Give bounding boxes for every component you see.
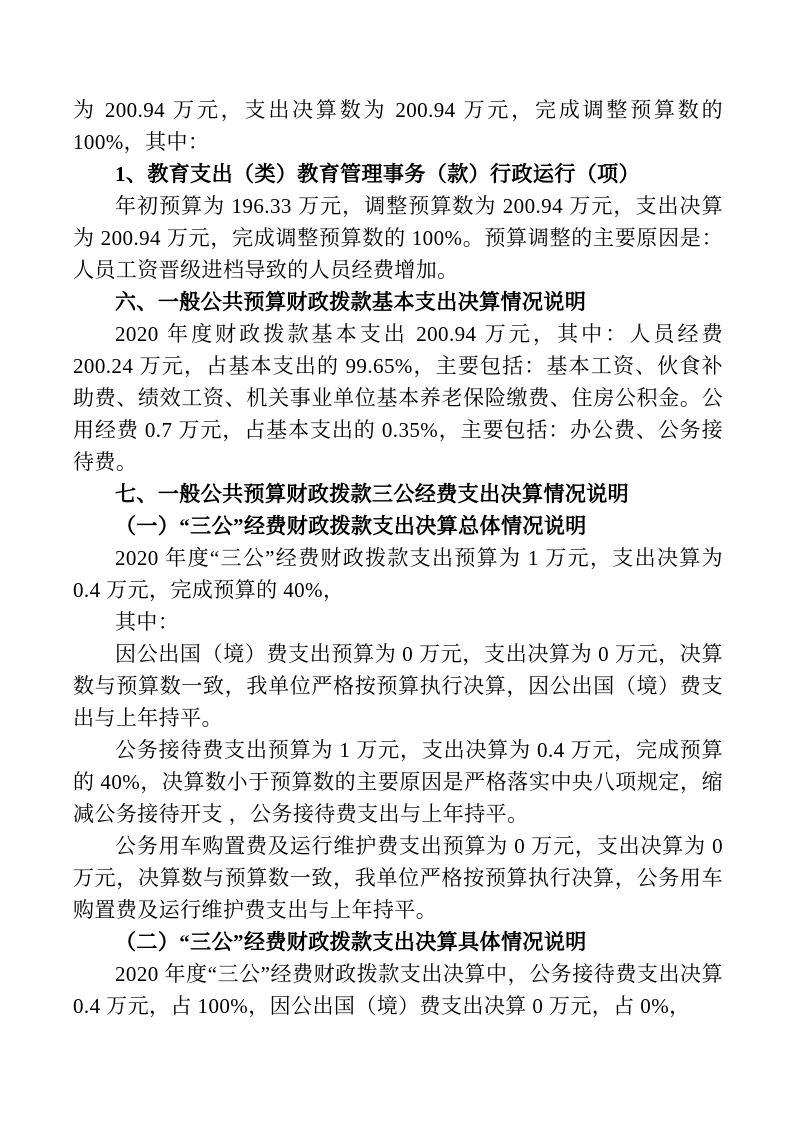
paragraph: 公务接待费支出预算为 1 万元，支出决算为 0.4 万元，完成预算的 40%，决… bbox=[73, 734, 723, 830]
section-heading: 七、一般公共预算财政拨款三公经费支出决算情况说明 bbox=[73, 478, 723, 510]
paragraph: 2020 年度“三公”经费财政拨款支出预算为 1 万元，支出决算为 0.4 万元… bbox=[73, 542, 723, 606]
paragraph: 2020 年度“三公”经费财政拨款支出决算中，公务接待费支出决算 0.4 万元，… bbox=[73, 958, 723, 1022]
paragraph: 2020 年度财政拨款基本支出 200.94 万元，其中：人员经费 200.24… bbox=[73, 318, 723, 478]
paragraph: 公务用车购置费及运行维护费支出预算为 0 万元，支出决算为 0 万元，决算数与预… bbox=[73, 830, 723, 926]
paragraph: 因公出国（境）费支出预算为 0 万元，支出决算为 0 万元，决算数与预算数一致，… bbox=[73, 638, 723, 734]
section-heading: （一）“三公”经费财政拨款支出决算总体情况说明 bbox=[73, 510, 723, 542]
section-heading: 1、教育支出（类）教育管理事务（款）行政运行（项） bbox=[73, 158, 723, 190]
section-heading: （二）“三公”经费财政拨款支出决算具体情况说明 bbox=[73, 926, 723, 958]
section-heading: 六、一般公共预算财政拨款基本支出决算情况说明 bbox=[73, 286, 723, 318]
paragraph: 其中： bbox=[73, 606, 723, 638]
document-page: 为 200.94 万元，支出决算数为 200.94 万元，完成调整预算数的 10… bbox=[0, 0, 793, 1122]
document-body: 为 200.94 万元，支出决算数为 200.94 万元，完成调整预算数的 10… bbox=[73, 94, 723, 1022]
paragraph: 为 200.94 万元，支出决算数为 200.94 万元，完成调整预算数的 10… bbox=[73, 94, 723, 158]
paragraph: 年初预算为 196.33 万元，调整预算数为 200.94 万元，支出决算为 2… bbox=[73, 190, 723, 286]
